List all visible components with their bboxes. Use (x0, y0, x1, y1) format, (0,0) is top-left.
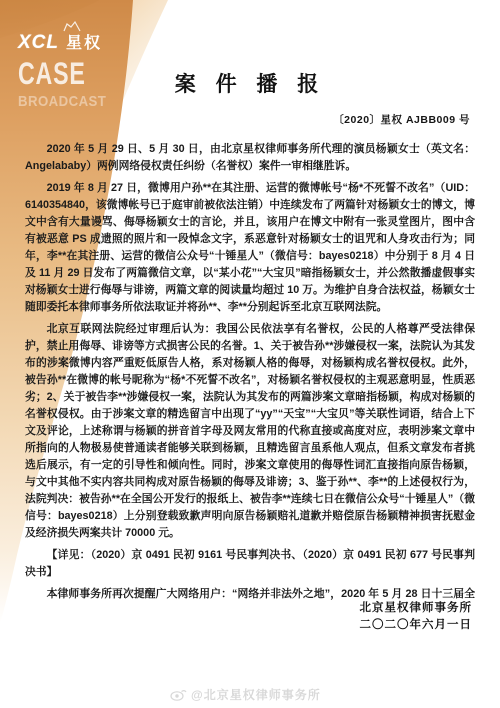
doc-number: 〔2020〕星权 AJBB009 号 (333, 112, 470, 127)
document-body: 2020 年 5 月 29 日、5 月 30 日，由北京星权律师事务所代理的演员… (25, 141, 475, 600)
logo-letters: XCL (18, 32, 59, 53)
firm-logo: XCL星权 (18, 30, 102, 54)
case-broadcast-page: XCL星权 CASE BROADCAST 案 件 播 报 〔2020〕星权 AJ… (0, 0, 500, 708)
signature-block: 北京星权律师事务所 二〇二〇年六月一日 (360, 600, 473, 634)
signature-firm: 北京星权律师事务所 (360, 600, 473, 617)
logo-chinese-name: 星权 (66, 35, 102, 52)
watermark: @北京星权律师事务所 (170, 686, 321, 703)
banner-broadcast-label: BROADCAST (18, 93, 106, 110)
citation-line: 【详见：（2020）京 0491 民初 9161 号民事判决书、（2020）京 … (25, 547, 475, 581)
paragraph-facts: 2019 年 8 月 27 日，微博用户孙**在其注册、运营的微博帐号“杨*不死… (25, 180, 475, 316)
logo-building-icon (62, 21, 82, 32)
watermark-text: @北京星权律师事务所 (191, 686, 321, 703)
weibo-eye-icon (170, 688, 187, 701)
paragraph-reminder: 本律师事务所再次提醒广大网络用户：“网络并非法外之地”，2020 年 5 月 2… (25, 586, 475, 600)
banner-case-label: CASE (18, 57, 86, 93)
signature-date: 二〇二〇年六月一日 (360, 617, 473, 634)
paragraph-court-findings: 北京互联网法院经过审理后认为：我国公民依法享有名誉权，公民的人格尊严受法律保护，… (25, 321, 475, 542)
paragraph-intro: 2020 年 5 月 29 日、5 月 30 日，由北京星权律师事务所代理的演员… (25, 141, 475, 175)
